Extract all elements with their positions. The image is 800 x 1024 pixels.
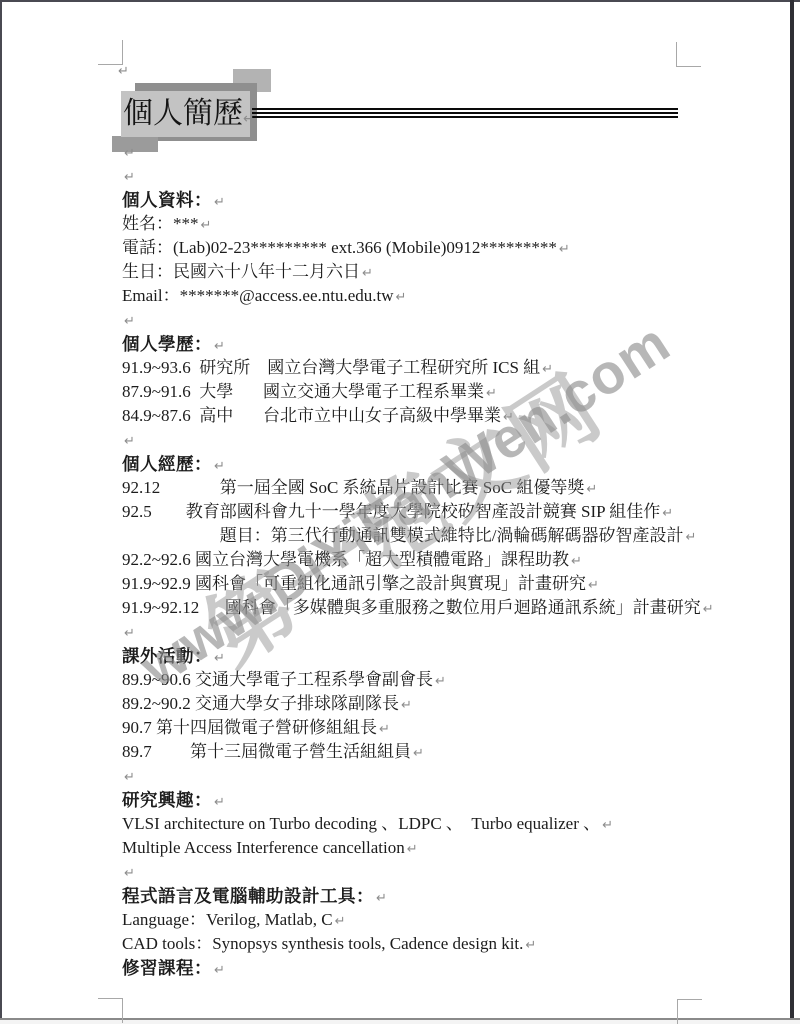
doc-line: 92.5 教育部國科會九十一學年度大學院校矽智產設計競賽 SIP 組佳作↵ bbox=[122, 500, 688, 524]
pilcrow-mark-icon: ↵ bbox=[124, 866, 135, 881]
pilcrow-mark-icon: ↵ bbox=[362, 266, 373, 281]
blank-line: ↵ bbox=[122, 620, 688, 644]
pilcrow-mark-icon: ↵ bbox=[662, 506, 673, 521]
pilcrow-mark-icon: ↵ bbox=[124, 626, 135, 641]
doc-line: 92.12 第一屆全國 SoC 系統晶片設計比賽 SoC 組優等獎↵ bbox=[122, 476, 688, 500]
pilcrow-mark-icon: ↵ bbox=[571, 554, 582, 569]
doc-line: Language：Verilog, Matlab, C↵ bbox=[122, 908, 688, 932]
doc-line-text: Multiple Access Interference cancellatio… bbox=[122, 838, 405, 857]
blank-line: ↵ bbox=[122, 428, 688, 452]
pilcrow-mark-icon: ↵ bbox=[586, 482, 597, 497]
doc-line-text: CAD tools：Synopsys synthesis tools, Cade… bbox=[122, 934, 523, 953]
doc-line: 89.9~90.6 交通大學電子工程系學會副會長↵ bbox=[122, 668, 688, 692]
doc-title: 個人簡歷 bbox=[123, 97, 243, 130]
doc-line: VLSI architecture on Turbo decoding 、LDP… bbox=[122, 812, 688, 836]
pilcrow-mark-icon: ↵ bbox=[214, 339, 225, 354]
doc-line: Email：*******@access.ee.ntu.edu.tw↵ bbox=[122, 284, 688, 308]
doc-line-text: 92.2~92.6 國立台灣大學電機系「超大型積體電路」課程助教 bbox=[122, 550, 569, 569]
pilcrow-mark-icon: ↵ bbox=[396, 290, 407, 305]
doc-line: Multiple Access Interference cancellatio… bbox=[122, 836, 688, 860]
title-triple-rule bbox=[252, 108, 678, 118]
pilcrow-mark-icon: ↵ bbox=[214, 195, 225, 210]
doc-line-text: Email：*******@access.ee.ntu.edu.tw bbox=[122, 286, 394, 305]
pilcrow-mark-icon: ↵ bbox=[214, 651, 225, 666]
text-boundary-mark-top-right bbox=[676, 42, 701, 67]
pilcrow-mark-icon: ↵ bbox=[201, 218, 212, 233]
pilcrow-mark-icon: ↵ bbox=[124, 434, 135, 449]
rule-line bbox=[252, 112, 678, 114]
pilcrow-mark-icon: ↵ bbox=[118, 64, 129, 79]
pilcrow-mark-icon: ↵ bbox=[124, 770, 135, 785]
pilcrow-mark-icon: ↵ bbox=[214, 963, 225, 978]
pilcrow-mark-icon: ↵ bbox=[376, 891, 387, 906]
doc-line-text: VLSI architecture on Turbo decoding 、LDP… bbox=[122, 814, 600, 833]
doc-line-text: 個人經歷： bbox=[122, 454, 212, 474]
doc-line-text: 生日：民國六十八年十二月六日 bbox=[122, 262, 360, 281]
blank-line: ↵ bbox=[122, 308, 688, 332]
doc-line: 91.9~92.12 國科會「多媒體與多重服務之數位用戶迴路通訊系統」計畫研究↵ bbox=[122, 596, 688, 620]
rule-line bbox=[252, 108, 678, 110]
document-body: ↵↵個人資料：↵姓名：***↵電話：(Lab)02-23********* ex… bbox=[122, 140, 688, 980]
blank-line: ↵ bbox=[122, 764, 688, 788]
pilcrow-mark-icon: ↵ bbox=[559, 242, 570, 257]
doc-line-text: 91.9~92.12 國科會「多媒體與多重服務之數位用戶迴路通訊系統」計畫研究 bbox=[122, 598, 701, 617]
pilcrow-mark-icon: ↵ bbox=[542, 362, 553, 377]
page-top-edge bbox=[0, 0, 800, 2]
doc-line: 92.2~92.6 國立台灣大學電機系「超大型積體電路」課程助教↵ bbox=[122, 548, 688, 572]
doc-line: 個人經歷：↵ bbox=[122, 452, 688, 476]
doc-line-text: 87.9~91.6 大學 國立交通大學電子工程系畢業 bbox=[122, 382, 484, 401]
text-boundary-mark-bottom-right bbox=[677, 999, 702, 1024]
pilcrow-mark-icon: ↵ bbox=[124, 146, 135, 161]
text-boundary-mark-bottom-left bbox=[98, 998, 123, 1023]
pilcrow-mark-icon: ↵ bbox=[588, 578, 599, 593]
doc-line-text: 課外活動： bbox=[122, 646, 212, 666]
pilcrow-mark-icon: ↵ bbox=[379, 722, 390, 737]
pilcrow-mark-icon: ↵ bbox=[214, 459, 225, 474]
doc-line-text: Language：Verilog, Matlab, C bbox=[122, 910, 333, 929]
doc-line-text: 90.7 第十四屆微電子營研修組組長 bbox=[122, 718, 377, 737]
pilcrow-mark-icon: ↵ bbox=[602, 818, 613, 833]
doc-line: 電話：(Lab)02-23********* ext.366 (Mobile)0… bbox=[122, 236, 688, 260]
page-right-edge bbox=[790, 0, 794, 1019]
doc-line: 題目：第三代行動通訊雙模式維特比/渦輪碼解碼器矽智產設計↵ bbox=[122, 524, 688, 548]
doc-line-text: 個人學歷： bbox=[122, 334, 212, 354]
doc-line-text: 姓名：*** bbox=[122, 214, 199, 233]
doc-line: 程式語言及電腦輔助設計工具：↵ bbox=[122, 884, 688, 908]
pilcrow-mark-icon: ↵ bbox=[407, 842, 418, 857]
doc-line-text: 電話：(Lab)02-23********* ext.366 (Mobile)0… bbox=[122, 238, 557, 257]
blank-line: ↵ bbox=[122, 140, 688, 164]
pilcrow-mark-icon: ↵ bbox=[214, 795, 225, 810]
doc-line-text: 89.7 第十三屆微電子營生活組組員 bbox=[122, 742, 411, 761]
pilcrow-mark-icon: ↵ bbox=[685, 530, 696, 545]
doc-line: 生日：民國六十八年十二月六日↵ bbox=[122, 260, 688, 284]
pilcrow-mark-icon: ↵ bbox=[124, 314, 135, 329]
pilcrow-mark-icon: ↵ bbox=[486, 386, 497, 401]
pilcrow-mark-icon: ↵ bbox=[435, 674, 446, 689]
doc-line: 研究興趣：↵ bbox=[122, 788, 688, 812]
doc-line: 90.7 第十四屆微電子營研修組組長↵ bbox=[122, 716, 688, 740]
doc-line-text: 92.5 教育部國科會九十一學年度大學院校矽智產設計競賽 SIP 組佳作 bbox=[122, 502, 660, 521]
blank-line: ↵ bbox=[122, 860, 688, 884]
pilcrow-mark-icon: ↵ bbox=[503, 410, 514, 425]
doc-line-text: 個人資料： bbox=[122, 190, 212, 210]
doc-line: 91.9~92.9 國科會「可重組化通訊引擎之設計與實現」計畫研究↵ bbox=[122, 572, 688, 596]
doc-line: 84.9~87.6 高中 台北市立中山女子高級中學畢業↵ bbox=[122, 404, 688, 428]
pilcrow-mark-icon: ↵ bbox=[243, 111, 255, 127]
blank-line: ↵ bbox=[122, 164, 688, 188]
doc-line: 個人學歷：↵ bbox=[122, 332, 688, 356]
text-boundary-mark-top-left bbox=[98, 40, 123, 65]
pilcrow-mark-icon: ↵ bbox=[703, 602, 714, 617]
doc-line-text: 84.9~87.6 高中 台北市立中山女子高級中學畢業 bbox=[122, 406, 501, 425]
doc-line-text: 91.9~92.9 國科會「可重組化通訊引擎之設計與實現」計畫研究 bbox=[122, 574, 586, 593]
doc-line-text: 91.9~93.6 研究所 國立台灣大學電子工程研究所 ICS 組 bbox=[122, 358, 540, 377]
doc-line: 姓名：***↵ bbox=[122, 212, 688, 236]
doc-line-text: 題目：第三代行動通訊雙模式維特比/渦輪碼解碼器矽智產設計 bbox=[122, 526, 683, 545]
doc-line: CAD tools：Synopsys synthesis tools, Cade… bbox=[122, 932, 688, 956]
pilcrow-mark-icon: ↵ bbox=[124, 170, 135, 185]
rule-line bbox=[252, 116, 678, 118]
doc-line-text: 92.12 第一屆全國 SoC 系統晶片設計比賽 SoC 組優等獎 bbox=[122, 478, 584, 497]
doc-line: 課外活動：↵ bbox=[122, 644, 688, 668]
doc-line: 89.2~90.2 交通大學女子排球隊副隊長↵ bbox=[122, 692, 688, 716]
doc-line-text: 89.2~90.2 交通大學女子排球隊副隊長 bbox=[122, 694, 399, 713]
doc-line-text: 研究興趣： bbox=[122, 790, 212, 810]
page-left-edge bbox=[0, 0, 2, 1019]
doc-line: 修習課程：↵ bbox=[122, 956, 688, 980]
doc-line-text: 程式語言及電腦輔助設計工具： bbox=[122, 886, 374, 906]
pilcrow-mark-icon: ↵ bbox=[401, 698, 412, 713]
pilcrow-mark-icon: ↵ bbox=[335, 914, 346, 929]
doc-line: 91.9~93.6 研究所 國立台灣大學電子工程研究所 ICS 組↵ bbox=[122, 356, 688, 380]
doc-line: 個人資料：↵ bbox=[122, 188, 688, 212]
doc-line-text: 修習課程： bbox=[122, 958, 212, 978]
pilcrow-mark-icon: ↵ bbox=[413, 746, 424, 761]
doc-line: 87.9~91.6 大學 國立交通大學電子工程系畢業↵ bbox=[122, 380, 688, 404]
pilcrow-mark-icon: ↵ bbox=[525, 938, 536, 953]
doc-title-box: 個人簡歷↵ bbox=[121, 91, 250, 137]
doc-line: 89.7 第十三屆微電子營生活組組員↵ bbox=[122, 740, 688, 764]
doc-line-text: 89.9~90.6 交通大學電子工程系學會副會長 bbox=[122, 670, 433, 689]
